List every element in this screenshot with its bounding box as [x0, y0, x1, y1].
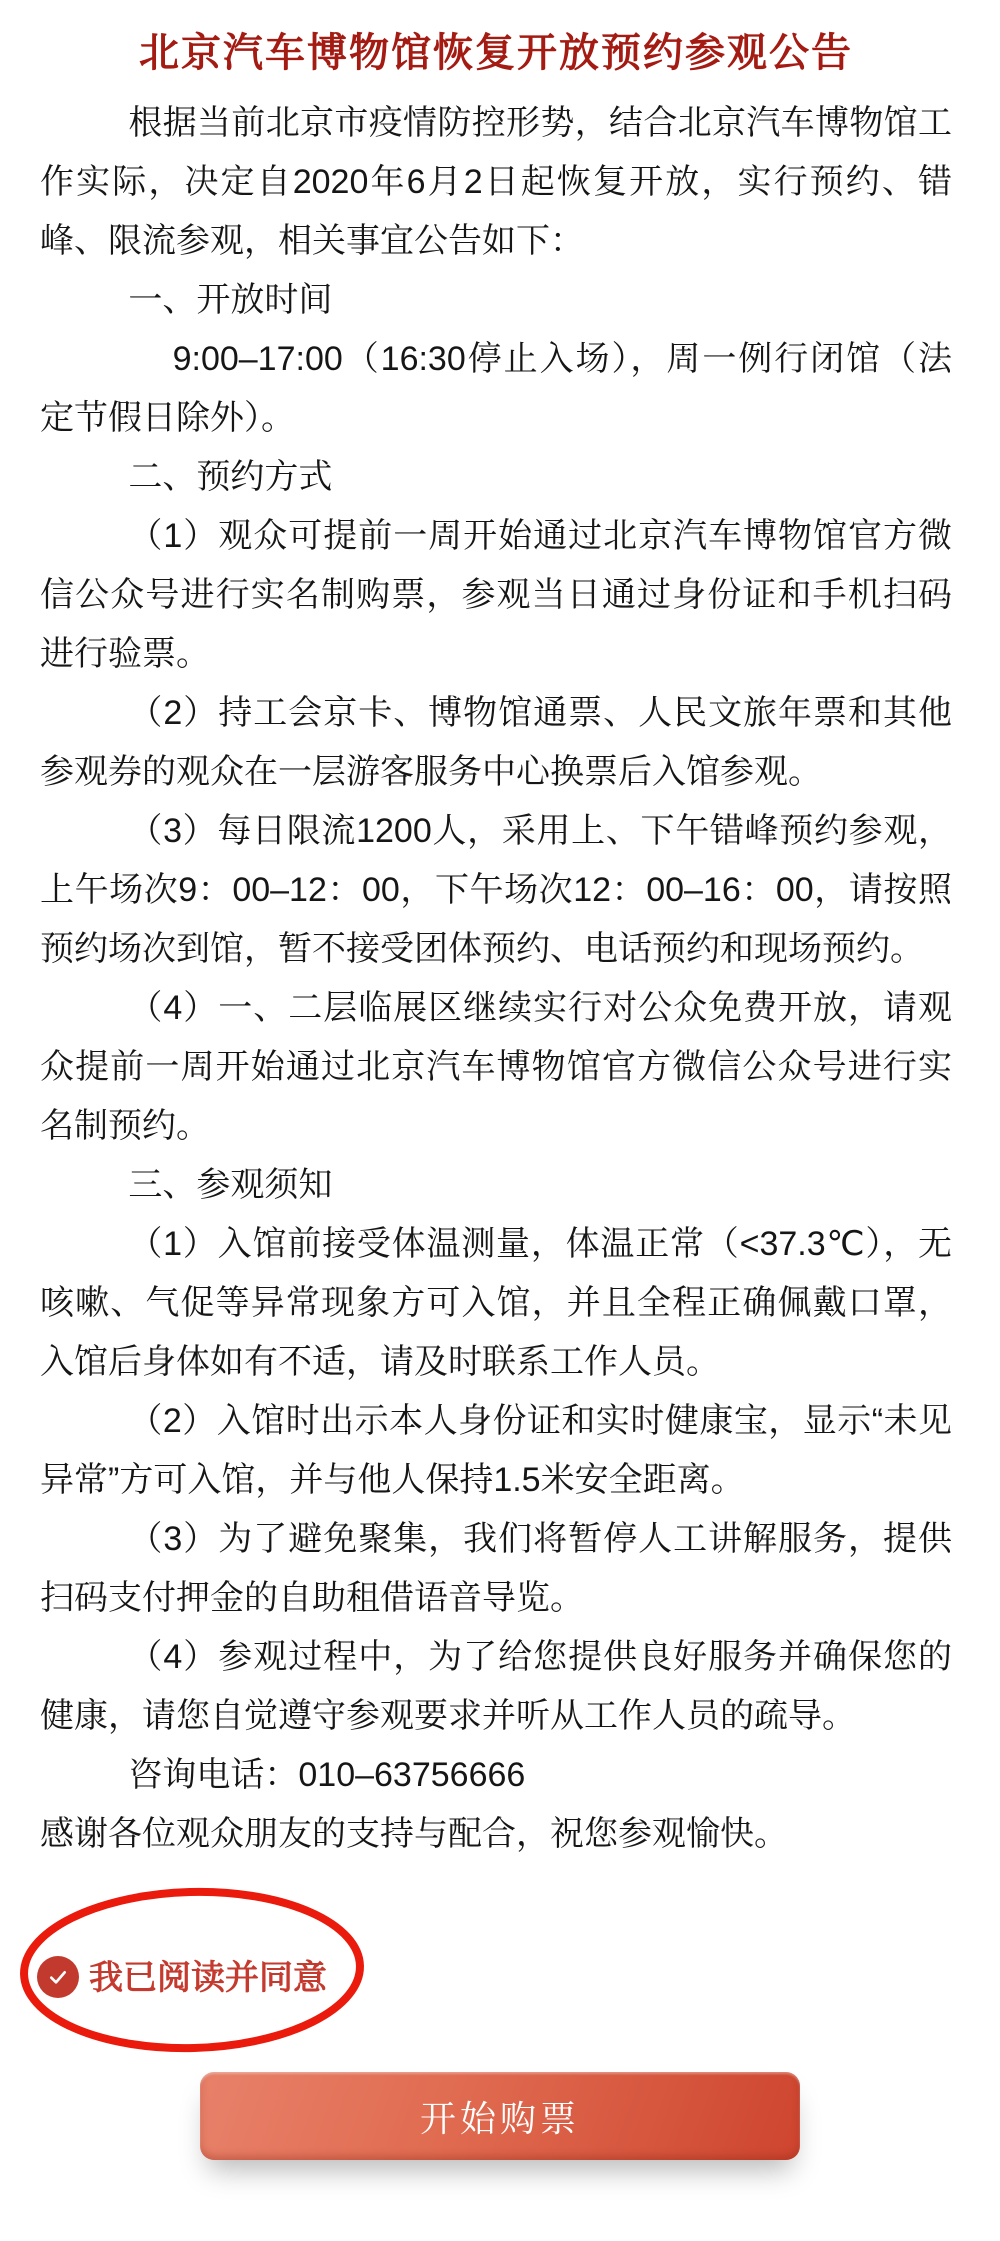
paragraph-phone: 咨询电话：010–63756666	[40, 1746, 952, 1805]
paragraph-booking-2: （2）持工会京卡、博物馆通票、人民文旅年票和其他参观券的观众在一层游客服务中心换…	[40, 684, 952, 802]
section-heading-1: 一、开放时间	[40, 271, 952, 330]
agree-checkbox[interactable]	[37, 1956, 79, 1998]
paragraph-opening-hours: 9:00–17:00（16:30停止入场），周一例行闭馆（法定节假日除外）。	[40, 330, 952, 448]
agree-label[interactable]: 我已阅读并同意	[89, 1958, 327, 1998]
section-heading-2: 二、预约方式	[40, 448, 952, 507]
paragraph-notice-4: （4）参观过程中，为了给您提供良好服务并确保您的健康，请您自觉遵守参观要求并听从…	[40, 1628, 952, 1746]
paragraph-intro: 根据当前北京市疫情防控形势，结合北京汽车博物馆工作实际，决定自2020年6月2日…	[40, 94, 952, 271]
checkmark-icon	[44, 1963, 72, 1991]
paragraph-thanks: 感谢各位观众朋友的支持与配合，祝您参观愉快。	[40, 1805, 952, 1864]
paragraph-booking-4: （4）一、二层临展区继续实行对公众免费开放，请观众提前一周开始通过北京汽车博物馆…	[40, 979, 952, 1156]
page-title: 北京汽车博物馆恢复开放预约参观公告	[40, 26, 952, 80]
paragraph-booking-1: （1）观众可提前一周开始通过北京汽车博物馆官方微信公众号进行实名制购票，参观当日…	[40, 507, 952, 684]
paragraph-notice-2: （2）入馆时出示本人身份证和实时健康宝，显示“未见异常”方可入馆，并与他人保持1…	[40, 1392, 952, 1510]
paragraph-booking-3: （3）每日限流1200人，采用上、下午错峰预约参观，上午场次9：00–12：00…	[40, 802, 952, 979]
section-heading-3: 三、参观须知	[40, 1156, 952, 1215]
announcement-page: 北京汽车博物馆恢复开放预约参观公告 根据当前北京市疫情防控形势，结合北京汽车博物…	[0, 0, 1000, 2241]
start-purchase-button[interactable]: 开始购票	[200, 2072, 800, 2160]
paragraph-notice-1: （1）入馆前接受体温测量，体温正常（<37.3℃），无咳嗽、气促等异常现象方可入…	[40, 1215, 952, 1392]
announcement-body: 根据当前北京市疫情防控形势，结合北京汽车博物馆工作实际，决定自2020年6月2日…	[40, 94, 952, 1864]
paragraph-notice-3: （3）为了避免聚集，我们将暂停人工讲解服务，提供扫码支付押金的自助租借语音导览。	[40, 1510, 952, 1628]
